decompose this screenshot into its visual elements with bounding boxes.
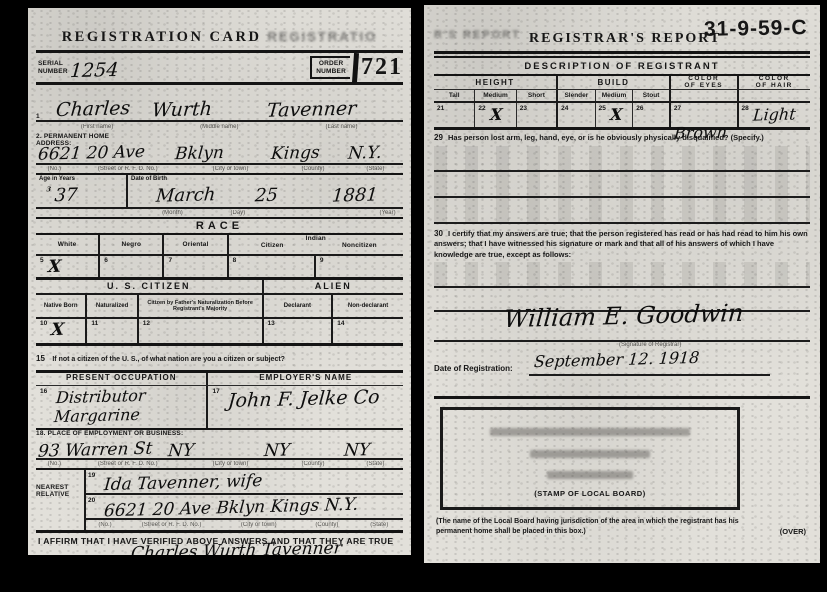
age-cell: Age in Years 337 bbox=[36, 175, 128, 207]
native-born-mark: X bbox=[50, 320, 65, 340]
employer-name-cell: 17 John F. Jelke Co bbox=[208, 386, 403, 428]
employer-name-value: John F. Jelke Co bbox=[227, 386, 380, 412]
date-line bbox=[529, 374, 770, 376]
stamp-of-local-board-label: (STAMP OF LOCAL BOARD) bbox=[443, 489, 737, 498]
occupation-values: 16 Distributor Margarine 17 John F. Jelk… bbox=[36, 386, 403, 430]
order-number-label-1: ORDER bbox=[316, 60, 346, 67]
nation-question-text: If not a citizen of the U. S., of what n… bbox=[52, 356, 285, 363]
serial-number-label-1: SERIAL bbox=[38, 60, 70, 67]
board-stamp-code: 31-9-59-C bbox=[704, 16, 808, 42]
faded-stamp-line bbox=[530, 450, 650, 458]
employment-street: 93 Warren St bbox=[35, 438, 169, 462]
faded-stamp-line bbox=[547, 471, 633, 479]
nation-question-row: 15 If not a citizen of the U. S., of wha… bbox=[36, 346, 403, 373]
alien-col-nondeclarant: Non-declarant bbox=[333, 295, 403, 317]
color-of-eyes-box: 27Brown bbox=[671, 103, 739, 127]
citizen-box-naturalized: 11 bbox=[87, 319, 138, 343]
eyes-col-spacer bbox=[671, 90, 739, 101]
question-30: 30 I certify that my answers are true; t… bbox=[434, 224, 810, 263]
occupation-line2: Margarine bbox=[53, 406, 140, 426]
name-sublabels: (First name) (Middle name) (Last name) bbox=[36, 122, 403, 132]
height-box-medium: 22X bbox=[475, 103, 516, 127]
employment-county: NY bbox=[263, 439, 345, 461]
color-of-hair-header: COLOR OF HAIR bbox=[739, 76, 810, 89]
home-address-city: Bklyn bbox=[175, 142, 272, 165]
answer-line-blank bbox=[434, 146, 810, 172]
registrant-middle-name: Wurth bbox=[151, 96, 268, 121]
race-white-mark: X bbox=[47, 257, 62, 277]
over-note-right: (OVER) bbox=[780, 527, 806, 536]
employment-place-row: 18. PLACE OF EMPLOYMENT OR BUSINESS: 93 … bbox=[36, 430, 403, 460]
first-name-sublabel: (First name) bbox=[36, 124, 158, 130]
race-box-negro: 6 bbox=[100, 256, 164, 277]
date-of-registration-value: September 12. 1918 bbox=[533, 348, 700, 371]
dob-sub-day: (Day) bbox=[183, 210, 293, 216]
middle-name-sublabel: (Middle name) bbox=[158, 124, 280, 130]
relative-name-field-number: 19 bbox=[88, 472, 95, 479]
nearest-relative-address-row: 20 6621 20 Ave Bklyn Kings N.Y. bbox=[86, 495, 403, 520]
nearest-relative-block: NEAREST RELATIVE 19 Ida Tavenner, wife 2… bbox=[36, 470, 403, 533]
alien-col-declarant: Declarant bbox=[264, 295, 334, 317]
home-address-county: Kings bbox=[270, 142, 349, 164]
nearest-relative-name-row: 19 Ida Tavenner, wife bbox=[86, 470, 403, 495]
race-box-white: 5X bbox=[36, 256, 100, 277]
color-of-eyes-header: COLOR OF EYES bbox=[671, 76, 739, 89]
addr-sub-street: (Street or R. F. D. No.) bbox=[73, 166, 183, 172]
emp-sub-state: (State) bbox=[348, 461, 403, 467]
registrant-first-name: Charles bbox=[43, 97, 153, 122]
local-board-stamp-box: (STAMP OF LOCAL BOARD) bbox=[440, 407, 740, 510]
alien-box-nondeclarant: 14 bbox=[333, 319, 403, 343]
faded-stamp-line bbox=[490, 428, 690, 436]
race-indian-header: Indian bbox=[306, 235, 326, 242]
registrars-report-card: R'S REPORT REGISTRAR'S REPORT 31-9-59-C … bbox=[424, 5, 820, 563]
order-number-box: ORDER NUMBER 721 bbox=[310, 53, 403, 82]
race-col-indian: Indian Citizen Noncitizen bbox=[229, 235, 403, 254]
order-number-stroke bbox=[352, 52, 359, 82]
dob-day: 25 bbox=[254, 185, 279, 207]
emp-sub-street: (Street or R. F. D. No.) bbox=[73, 461, 183, 467]
answer-line-blank bbox=[434, 262, 810, 288]
height-col-medium: Medium bbox=[475, 90, 516, 101]
registrar-signature-block: William E. Goodwin (Signature of Registr… bbox=[434, 288, 810, 354]
addr-sub-no: (No.) bbox=[36, 166, 73, 172]
build-medium-mark: X bbox=[609, 105, 623, 124]
citizenship-section-headers: U. S. CITIZEN ALIEN bbox=[36, 280, 403, 295]
age-value: 37 bbox=[54, 185, 79, 207]
dob-sub-month: (Month) bbox=[36, 210, 183, 216]
bleedthrough-title-ghost: REGISTRATIO bbox=[267, 29, 377, 44]
date-of-registration-label: Date of Registration: bbox=[434, 364, 513, 373]
dob-label: Date of Birth bbox=[131, 176, 167, 183]
registrar-signature: William E. Goodwin bbox=[503, 299, 745, 333]
race-section-header: RACE bbox=[36, 219, 403, 235]
addr-sub-county: (County) bbox=[278, 166, 348, 172]
citizen-col-naturalized: Naturalized bbox=[87, 295, 138, 317]
citizen-col-native: Native Born bbox=[36, 295, 87, 317]
occupation-headers: PRESENT OCCUPATION EMPLOYER'S NAME bbox=[36, 373, 403, 386]
employment-state: NY bbox=[343, 439, 403, 461]
citizenship-column-headers: Native Born Naturalized Citizen by Fathe… bbox=[36, 295, 403, 319]
dob-sub-year: (Year) bbox=[293, 210, 396, 216]
race-indian-noncitizen: Noncitizen bbox=[316, 242, 403, 249]
registrars-report-header: R'S REPORT REGISTRAR'S REPORT 31-9-59-C bbox=[434, 9, 810, 51]
race-box-oriental: 7 bbox=[164, 256, 228, 277]
citizen-box-native: 10X bbox=[36, 319, 87, 343]
description-section-header: DESCRIPTION OF REGISTRANT bbox=[434, 58, 810, 76]
addr-sub-city: (City or town) bbox=[183, 166, 278, 172]
rel-sub-street: (Street or R. F. D. No.) bbox=[124, 522, 219, 528]
dob-sublabels: (Month) (Day) (Year) bbox=[36, 209, 403, 219]
race-col-white: White bbox=[36, 235, 100, 254]
serial-number-label-2: NUMBER bbox=[38, 68, 70, 75]
build-box-slender: 24 bbox=[558, 103, 596, 127]
emp-sub-county: (County) bbox=[278, 461, 348, 467]
registrant-last-name: Tavenner bbox=[266, 96, 404, 122]
build-col-slender: Slender bbox=[558, 90, 596, 101]
race-col-negro: Negro bbox=[100, 235, 164, 254]
race-answer-row: 5X 6 7 8 9 bbox=[36, 256, 403, 280]
race-col-oriental: Oriental bbox=[164, 235, 228, 254]
race-indian-citizen: Citizen bbox=[229, 242, 316, 249]
dob-month: March bbox=[155, 184, 216, 207]
registration-card-footer: P. M. G. O. FORM No. 1 (Red) Charles Wur… bbox=[36, 547, 403, 555]
registrant-name-row: 1 Charles Wurth Tavenner bbox=[36, 85, 403, 122]
local-board-note: (The name of the Local Board having juri… bbox=[436, 517, 746, 536]
order-number-value: 721 bbox=[361, 54, 403, 81]
age-dob-row: Age in Years 337 Date of Birth March 25 … bbox=[36, 175, 403, 209]
answer-line-blank bbox=[434, 198, 810, 224]
bleedthrough-report-ghost: R'S REPORT bbox=[434, 29, 521, 41]
serial-number-value: 1254 bbox=[69, 53, 311, 81]
date-of-registration-row: Date of Registration: September 12. 1918 bbox=[434, 354, 810, 384]
present-occupation-header: PRESENT OCCUPATION bbox=[36, 373, 208, 385]
race-box-indian-citizen: 8 bbox=[229, 256, 316, 277]
hair-color-value: Light bbox=[752, 104, 796, 124]
citizenship-answer-row: 10X 11 12 13 14 bbox=[36, 319, 403, 346]
rel-sub-city: (City or town) bbox=[219, 522, 298, 528]
race-column-headers: White Negro Oriental Indian Citizen Nonc… bbox=[36, 235, 403, 256]
height-box-tall: 21 bbox=[434, 103, 475, 127]
serial-order-row: SERIAL NUMBER 1254 ORDER NUMBER 721 bbox=[36, 50, 403, 85]
build-header: BUILD bbox=[558, 76, 671, 89]
nearest-relative-label-1: NEAREST bbox=[36, 484, 84, 491]
citizen-col-by-father: Citizen by Father's Naturalization Befor… bbox=[139, 295, 264, 317]
home-address-street: 6621 20 Ave bbox=[35, 141, 176, 165]
height-col-short: Short bbox=[517, 90, 558, 101]
registrar-signature-sublabel: (Signature of Registrar) bbox=[619, 342, 681, 348]
dob-cell: Date of Birth March 25 1881 bbox=[128, 175, 403, 207]
build-box-stout: 26 bbox=[633, 103, 671, 127]
question-30-text: I certify that my answers are true; that… bbox=[434, 229, 808, 259]
employment-place-label: 18. PLACE OF EMPLOYMENT OR BUSINESS: bbox=[36, 430, 196, 437]
occupation-field-number: 16 bbox=[40, 388, 47, 395]
rel-sub-no: (No.) bbox=[86, 522, 124, 528]
build-col-stout: Stout bbox=[633, 90, 671, 101]
name-field-number: 1 bbox=[36, 113, 40, 120]
eyes-color-value: Brown bbox=[673, 122, 728, 142]
last-name-sublabel: (Last name) bbox=[280, 124, 402, 130]
answer-line-blank bbox=[434, 172, 810, 198]
age-label: Age in Years bbox=[39, 176, 75, 183]
race-box-indian-noncitizen: 9 bbox=[316, 256, 403, 277]
alien-box-declarant: 13 bbox=[264, 319, 334, 343]
relative-address-field-number: 20 bbox=[88, 497, 95, 504]
home-address-state: N.Y. bbox=[347, 142, 404, 163]
question-29: 29 Has person lost arm, leg, hand, eye, … bbox=[434, 130, 810, 146]
employment-city: NY bbox=[167, 439, 264, 462]
rel-sub-state: (State) bbox=[355, 522, 403, 528]
height-box-short: 23 bbox=[517, 103, 558, 127]
question-30-number: 30 bbox=[434, 229, 443, 238]
nearest-relative-label-2: RELATIVE bbox=[36, 491, 84, 498]
hair-col-spacer bbox=[739, 90, 810, 101]
local-board-stamp-area: (STAMP OF LOCAL BOARD) (The name of the … bbox=[434, 396, 810, 546]
order-number-label-2: NUMBER bbox=[316, 68, 346, 75]
description-group-headers: HEIGHT BUILD COLOR OF EYES COLOR OF HAIR bbox=[434, 76, 810, 90]
description-column-headers: Tall Medium Short Slender Medium Stout bbox=[434, 90, 810, 103]
build-col-medium: Medium bbox=[596, 90, 634, 101]
rel-sub-county: (County) bbox=[298, 522, 355, 528]
employer-field-number: 17 bbox=[212, 388, 219, 395]
alien-header: ALIEN bbox=[264, 280, 403, 293]
registrars-report-title: REGISTRAR'S REPORT bbox=[529, 31, 721, 47]
citizen-box-by-father: 12 bbox=[139, 319, 264, 343]
double-rule bbox=[434, 51, 810, 58]
nearest-relative-name: Ida Tavenner, wife bbox=[103, 471, 263, 495]
employers-name-header: EMPLOYER'S NAME bbox=[208, 373, 403, 385]
home-address-row: 2. PERMANENT HOME ADDRESS: 6621 20 Ave B… bbox=[36, 132, 403, 165]
height-col-tall: Tall bbox=[434, 90, 475, 101]
description-answer-row: 21 22X 23 24 25X 26 27Brown 28Light bbox=[434, 103, 810, 130]
relative-address-sublabels: (No.) (Street or R. F. D. No.) (City or … bbox=[86, 520, 403, 530]
color-of-hair-box: 28Light bbox=[739, 103, 810, 127]
height-header: HEIGHT bbox=[434, 76, 558, 89]
build-box-medium: 25X bbox=[596, 103, 634, 127]
registration-card-title: REGISTRATION CARD bbox=[62, 29, 262, 45]
registration-card-header: REGISTRATION CARDREGISTRATIO bbox=[36, 12, 403, 50]
registration-card: REGISTRATION CARDREGISTRATIO SERIAL NUMB… bbox=[28, 8, 411, 555]
us-citizen-header: U. S. CITIZEN bbox=[36, 280, 264, 293]
question-29-number: 29 bbox=[434, 133, 443, 142]
age-field-number: 3 bbox=[46, 185, 51, 193]
nation-field-number: 15 bbox=[36, 354, 45, 363]
addr-sub-state: (State) bbox=[348, 166, 403, 172]
emp-sub-no: (No.) bbox=[36, 461, 73, 467]
present-occupation-cell: 16 Distributor Margarine bbox=[36, 386, 208, 428]
nearest-relative-address: 6621 20 Ave Bklyn Kings N.Y. bbox=[103, 495, 359, 522]
employment-place-sublabels: (No.) (Street or R. F. D. No.) (City or … bbox=[36, 460, 403, 470]
height-medium-mark: X bbox=[489, 105, 503, 124]
home-address-sublabels: (No.) (Street or R. F. D. No.) (City or … bbox=[36, 165, 403, 175]
emp-sub-city: (City or town) bbox=[183, 461, 278, 467]
dob-year: 1881 bbox=[331, 184, 378, 206]
